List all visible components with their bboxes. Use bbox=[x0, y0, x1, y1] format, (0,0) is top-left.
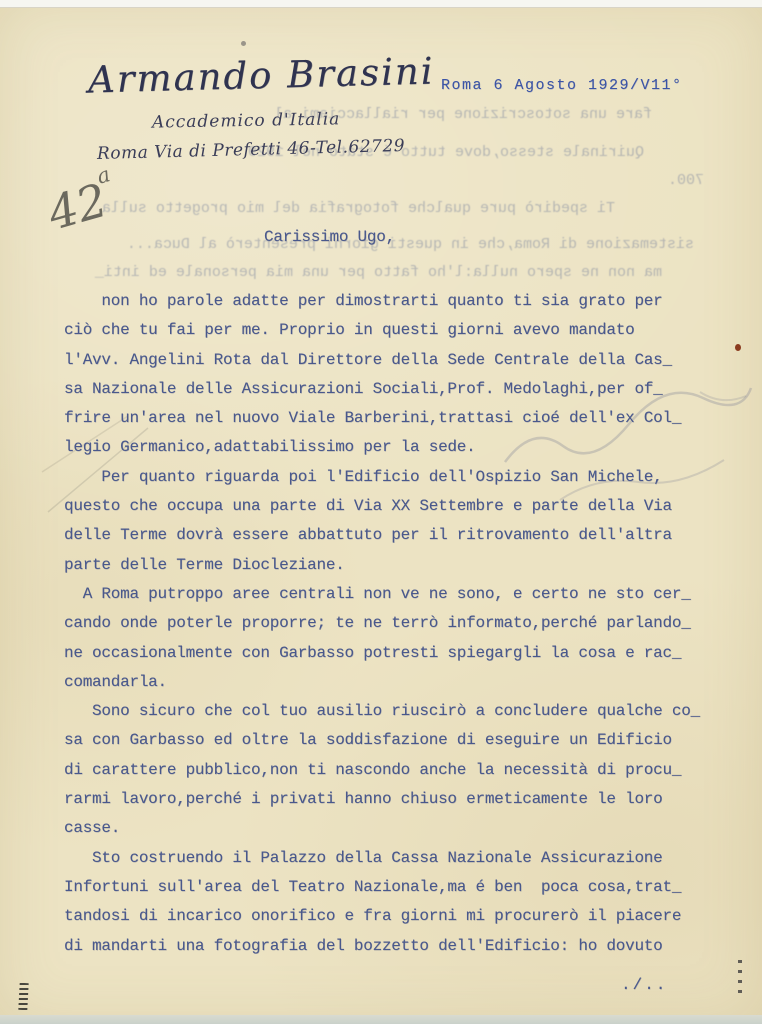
typewritten-line: di carattere pubblico,non ti nascondo an… bbox=[64, 756, 732, 785]
typewritten-line: questo che occupa una parte di Via XX Se… bbox=[64, 492, 732, 521]
letter-body: non ho parole adatte per dimostrarti qua… bbox=[64, 287, 732, 961]
letterhead-name: Armando Brasini bbox=[87, 49, 435, 101]
ink-speck bbox=[735, 344, 741, 351]
typewritten-line: frire un'area nel nuovo Viale Barberini,… bbox=[64, 404, 732, 433]
edge-marks bbox=[738, 960, 742, 994]
salutation: Carissimo Ugo, bbox=[264, 228, 395, 246]
typewritten-line: sa con Garbasso ed oltre la soddisfazion… bbox=[64, 726, 732, 755]
typewritten-line: parte delle Terme Diocleziane. bbox=[64, 551, 732, 580]
typewritten-line: Sono sicuro che col tuo ausilio riuscirò… bbox=[64, 697, 732, 726]
typewritten-line: di mandarti una fotografia del bozzetto … bbox=[64, 932, 732, 961]
typewritten-line: delle Terme dovrà essere abbattuto per i… bbox=[64, 521, 732, 550]
typewritten-line: A Roma putroppo aree centrali non ve ne … bbox=[64, 580, 732, 609]
continuation-mark: ./.. bbox=[621, 976, 667, 994]
typewritten-line: rarmi lavoro,perché i privati hanno chiu… bbox=[64, 785, 732, 814]
typewritten-line: tandosi di incarico onorifico e fra gior… bbox=[64, 902, 732, 931]
typewritten-line: comandarla. bbox=[64, 668, 732, 697]
typewritten-line: ciò che tu fai per me. Proprio in questi… bbox=[64, 316, 732, 345]
typewritten-line: ne occasionalmente con Garbasso potresti… bbox=[64, 639, 732, 668]
scan-edge-bottom bbox=[0, 1015, 762, 1024]
typewritten-line: Infortuni sull'area del Teatro Nazionale… bbox=[64, 873, 732, 902]
typewritten-line: sa Nazionale delle Assicurazioni Sociali… bbox=[64, 375, 732, 404]
paper-speck bbox=[241, 41, 246, 46]
typewritten-line: Sto costruendo il Palazzo della Cassa Na… bbox=[64, 844, 732, 873]
margin-smudge bbox=[18, 983, 28, 1010]
letter-scan-page: fare una sotoscrizione per riallacciami … bbox=[0, 0, 762, 1024]
typewritten-line: casse. bbox=[64, 814, 732, 843]
typewritten-line: non ho parole adatte per dimostrarti qua… bbox=[64, 287, 732, 316]
typewritten-line: Per quanto riguarda poi l'Edificio dell'… bbox=[64, 463, 732, 492]
typewritten-line: cando onde poterle proporre; te ne terrò… bbox=[64, 609, 732, 638]
typewritten-line: legio Germanico,adattabilissimo per la s… bbox=[64, 433, 732, 462]
date-line: Roma 6 Agosto 1929/V11° bbox=[441, 77, 683, 94]
typewritten-line: l'Avv. Angelini Rota dal Direttore della… bbox=[64, 346, 732, 375]
letterhead-title: Accademico d'Italia bbox=[152, 109, 341, 132]
